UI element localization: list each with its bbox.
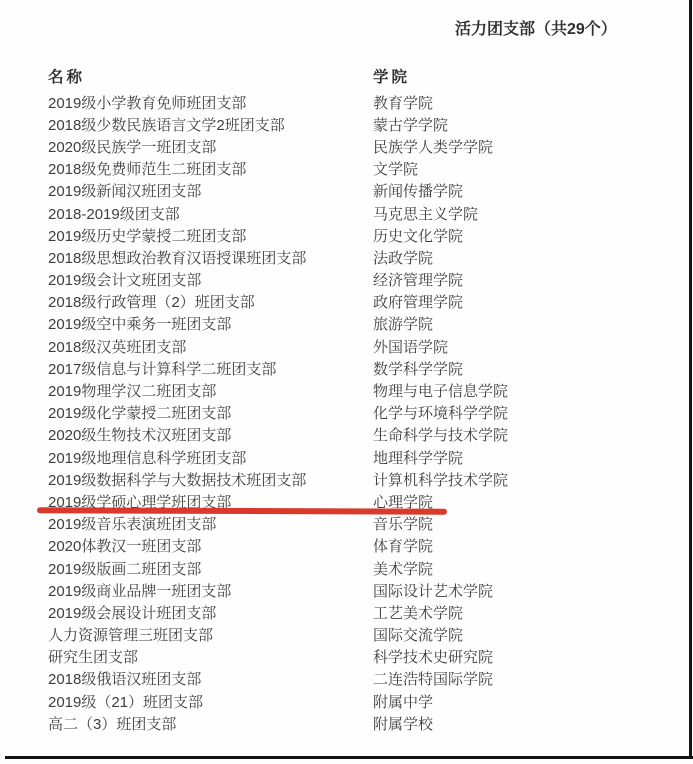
table-body: 2019级小学教育免师班团支部 教育学院 2018级少数民族语言文学2班团支部 … xyxy=(48,91,658,734)
college-cell: 美术学院 xyxy=(373,558,658,579)
college-cell: 体育学院 xyxy=(373,535,658,556)
college-cell: 附属中学 xyxy=(373,691,658,712)
table-row: 高二（3）班团支部 附属学校 xyxy=(48,712,658,734)
college-cell: 化学与环境科学学院 xyxy=(373,402,658,423)
table-row: 2017级信息与计算科学二班团支部 数学科学学院 xyxy=(48,357,658,379)
column-header-name: 名称 xyxy=(48,65,373,87)
table-row: 2019级历史学蒙授二班团支部 历史文化学院 xyxy=(48,224,658,246)
table-row: 2020级民族学一班团支部 民族学人类学学院 xyxy=(48,135,658,157)
branch-name-cell: 2020体教汉一班团支部 xyxy=(48,535,373,556)
page-title: 活力团支部（共29个） xyxy=(455,16,617,39)
table-row: 2020体教汉一班团支部 体育学院 xyxy=(48,535,658,557)
column-header-college: 学院 xyxy=(373,65,658,87)
college-cell: 马克思主义学院 xyxy=(373,203,658,224)
table-row: 2019级（21）班团支部 附属中学 xyxy=(48,690,658,712)
college-cell: 二连浩特国际学院 xyxy=(373,668,658,689)
document-page: 活力团支部（共29个） 名称 学院 2019级小学教育免师班团支部 教育学院 2… xyxy=(0,0,693,764)
table-row: 2019物理学汉二班团支部 物理与电子信息学院 xyxy=(48,379,658,401)
table-row: 2019级地理信息科学班团支部 地理科学学院 xyxy=(48,446,658,468)
page-edge-right xyxy=(689,0,692,759)
college-cell: 计算机科学技术学院 xyxy=(373,469,658,490)
branch-name-cell: 2019物理学汉二班团支部 xyxy=(48,380,373,401)
branch-name-cell: 2019级商业品牌一班团支部 xyxy=(48,580,373,601)
college-cell: 旅游学院 xyxy=(373,313,658,334)
branch-name-cell: 2019级版画二班团支部 xyxy=(48,558,373,579)
college-cell: 教育学院 xyxy=(373,92,658,113)
table-row: 2018级俄语汉班团支部 二连浩特国际学院 xyxy=(48,668,658,690)
college-cell: 蒙古学学院 xyxy=(373,114,658,135)
table-row: 2019级音乐表演班团支部 音乐学院 xyxy=(48,513,658,535)
table-row: 2019级空中乘务一班团支部 旅游学院 xyxy=(48,313,658,335)
table-row: 2018级少数民族语言文学2班团支部 蒙古学学院 xyxy=(48,113,658,135)
table-row: 2018级免费师范生二班团支部 文学院 xyxy=(48,158,658,180)
branch-name-cell: 高二（3）班团支部 xyxy=(48,713,373,734)
table-row: 研究生团支部 科学技术史研究院 xyxy=(48,646,658,668)
college-cell: 生命科学与技术学院 xyxy=(373,424,658,445)
college-cell: 文学院 xyxy=(373,158,658,179)
table-row: 2019级新闻汉班团支部 新闻传播学院 xyxy=(48,180,658,202)
branch-name-cell: 2018级免费师范生二班团支部 xyxy=(48,158,373,179)
college-cell: 民族学人类学学院 xyxy=(373,136,658,157)
table-row: 2019级会展设计班团支部 工艺美术学院 xyxy=(48,601,658,623)
table-row: 2018-2019级团支部 马克思主义学院 xyxy=(48,202,658,224)
branch-name-cell: 2020级民族学一班团支部 xyxy=(48,136,373,157)
branch-name-cell: 2020级生物技术汉班团支部 xyxy=(48,424,373,445)
table-row: 2019级商业品牌一班团支部 国际设计艺术学院 xyxy=(48,579,658,601)
college-cell: 外国语学院 xyxy=(373,336,658,357)
college-cell: 物理与电子信息学院 xyxy=(373,380,658,401)
table-row: 2019级版画二班团支部 美术学院 xyxy=(48,557,658,579)
table-row: 2019级小学教育免师班团支部 教育学院 xyxy=(48,91,658,113)
branch-name-cell: 2019级小学教育免师班团支部 xyxy=(48,92,373,113)
branch-name-cell: 2019级化学蒙授二班团支部 xyxy=(48,402,373,423)
table-row: 人力资源管理三班团支部 国际交流学院 xyxy=(48,624,658,646)
table-row: 2020级生物技术汉班团支部 生命科学与技术学院 xyxy=(48,424,658,446)
branch-name-cell: 2019级空中乘务一班团支部 xyxy=(48,313,373,334)
branch-name-cell: 2019级会展设计班团支部 xyxy=(48,602,373,623)
branch-name-cell: 2018级少数民族语言文学2班团支部 xyxy=(48,114,373,135)
branch-name-cell: 2019级（21）班团支部 xyxy=(48,691,373,712)
college-cell: 科学技术史研究院 xyxy=(373,646,658,667)
branch-name-cell: 2019级会计文班团支部 xyxy=(48,269,373,290)
branch-name-cell: 2018级思想政治教育汉语授课班团支部 xyxy=(48,247,373,268)
branch-name-cell: 研究生团支部 xyxy=(48,646,373,667)
college-cell: 法政学院 xyxy=(373,247,658,268)
table-row: 2018级思想政治教育汉语授课班团支部 法政学院 xyxy=(48,246,658,268)
branch-name-cell: 2018级汉英班团支部 xyxy=(48,336,373,357)
page-edge-bottom xyxy=(5,756,693,759)
branch-name-cell: 2018-2019级团支部 xyxy=(48,203,373,224)
branch-name-cell: 2019级新闻汉班团支部 xyxy=(48,180,373,201)
branch-name-cell: 2018级行政管理（2）班团支部 xyxy=(48,291,373,312)
college-cell: 国际交流学院 xyxy=(373,624,658,645)
college-cell: 附属学校 xyxy=(373,713,658,734)
college-cell: 经济管理学院 xyxy=(373,269,658,290)
branch-table: 名称 学院 2019级小学教育免师班团支部 教育学院 2018级少数民族语言文学… xyxy=(48,61,658,734)
branch-name-cell: 2018级俄语汉班团支部 xyxy=(48,668,373,689)
college-cell: 新闻传播学院 xyxy=(373,180,658,201)
branch-name-cell: 2019级音乐表演班团支部 xyxy=(48,513,373,534)
branch-name-cell: 2019级历史学蒙授二班团支部 xyxy=(48,225,373,246)
branch-name-cell: 2019级数据科学与大数据技术班团支部 xyxy=(48,469,373,490)
branch-name-cell: 2019级地理信息科学班团支部 xyxy=(48,447,373,468)
table-row: 2019级数据科学与大数据技术班团支部 计算机科学技术学院 xyxy=(48,468,658,490)
table-row: 2019级会计文班团支部 经济管理学院 xyxy=(48,269,658,291)
table-row: 2019级化学蒙授二班团支部 化学与环境科学学院 xyxy=(48,402,658,424)
college-cell: 数学科学学院 xyxy=(373,358,658,379)
college-cell: 地理科学学院 xyxy=(373,447,658,468)
college-cell: 政府管理学院 xyxy=(373,291,658,312)
branch-name-cell: 人力资源管理三班团支部 xyxy=(48,624,373,645)
college-cell: 历史文化学院 xyxy=(373,225,658,246)
college-cell: 音乐学院 xyxy=(373,513,658,534)
branch-name-cell: 2017级信息与计算科学二班团支部 xyxy=(48,358,373,379)
table-header-row: 名称 学院 xyxy=(48,61,658,91)
college-cell: 国际设计艺术学院 xyxy=(373,580,658,601)
table-row: 2018级行政管理（2）班团支部 政府管理学院 xyxy=(48,291,658,313)
college-cell: 工艺美术学院 xyxy=(373,602,658,623)
table-row: 2018级汉英班团支部 外国语学院 xyxy=(48,335,658,357)
